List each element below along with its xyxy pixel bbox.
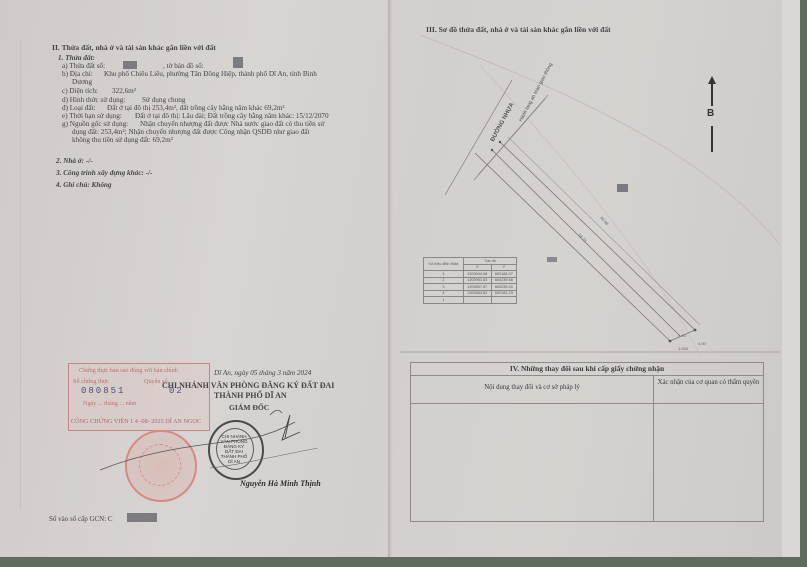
parcel-number-label: a) Thửa đất số: (62, 62, 105, 70)
cell (491, 297, 516, 304)
registry-number-label: Số vào sổ cấp GCN: C (49, 515, 113, 523)
parcel-plan: 60.88 54.73 5.15 4.00 1:500 (400, 25, 780, 355)
address-value-cont: Dương (72, 78, 92, 86)
stamp-number-value: 080851 (81, 386, 125, 396)
stamp-line3: Ngày ... tháng ... năm (83, 400, 136, 407)
dimension-label: 5.15 (678, 333, 687, 338)
coord-header-point: Số hiệu đỉnh thửa (424, 258, 464, 271)
signature (90, 410, 320, 490)
issuer-line2: THÀNH PHỐ DĨ AN (214, 392, 287, 400)
area-value: 322,6m² (112, 87, 136, 95)
cell: 1 (424, 297, 464, 304)
land-heading: 1. Thửa đất: (58, 54, 95, 62)
map-sheet-label: , tờ bản đồ số: (163, 62, 204, 70)
origin-value-cont2: không thu tiền sử dụng đất: 69,2m² (72, 136, 173, 144)
col-header-confirmation: Xác nhận của cơ quan có thẩm quyền (654, 378, 763, 387)
table-row: 1 (424, 297, 517, 304)
col-header-changes: Nội dung thay đổi và cơ sở pháp lý (411, 384, 653, 391)
issuer-line1: CHI NHÁNH VĂN PHÒNG ĐĂNG KÝ ĐẤT ĐAI (162, 382, 334, 390)
section-ii-title: II. Thửa đất, nhà ở và tài sản khác gắn … (52, 44, 216, 52)
land-type-value: Đất ở tại đô thị 253,4m², đất trồng cây … (107, 104, 285, 112)
signer-name: Nguyễn Hà Minh Thịnh (240, 479, 321, 488)
north-arrow: B (707, 78, 717, 158)
other-works-info: 3. Công trình xây dựng khác: -/- (56, 169, 152, 177)
address-label: b) Địa chỉ: (62, 70, 93, 78)
notes-info: 4. Ghi chú: Không (56, 181, 112, 189)
stamp-line1: Chứng thực bản sao đúng với bản chính (79, 367, 178, 374)
redacted-label (547, 257, 557, 262)
stamp-number-label: Số chứng thực (73, 378, 109, 385)
redacted-registry-number (127, 513, 157, 522)
north-label: B (707, 108, 714, 119)
scale-label: 1:500 (678, 346, 689, 351)
origin-value-cont: dụng đất: 253,4m²; Nhận chuyển nhượng đấ… (72, 128, 309, 136)
usage-form-label: d) Hình thức sử dụng: (62, 96, 125, 104)
redacted-map-sheet (233, 57, 243, 68)
area-label: c) Diện tích: (62, 87, 98, 95)
dimension-label: 54.73 (577, 232, 588, 243)
certificate-sheet: II. Thửa đất, nhà ở và tài sản khác gắn … (0, 0, 800, 557)
margin-line (20, 40, 21, 510)
term-label: e) Thời hạn sử dụng: (62, 112, 122, 120)
land-type-label: đ) Loại đất: (62, 104, 96, 112)
redacted-parcel-number (123, 61, 137, 69)
usage-form-value: Sử dụng chung (142, 96, 185, 104)
house-info: 2. Nhà ở: -/- (56, 157, 93, 165)
redacted-label (617, 184, 628, 192)
dimension-label: 4.00 (698, 341, 707, 346)
coordinate-table: Số hiệu đỉnh thửa Tọa độ X Y 1 1200944.0… (423, 257, 517, 304)
address-value: Khu phố Chiêu Liêu, phường Tân Đông Hiệp… (104, 70, 317, 78)
term-value: Đất ở tại đô thị: Lâu dài; Đất trồng cây… (135, 112, 329, 120)
sheet-edge (782, 0, 800, 557)
changes-table-header: Nội dung thay đổi và cơ sở pháp lý Xác n… (411, 375, 763, 404)
cell (463, 297, 491, 304)
column-divider (653, 375, 654, 521)
issue-date: Dĩ An, ngày 05 tháng 3 năm 2024 (214, 369, 311, 377)
origin-value: Nhận chuyển nhượng đất được Nhà nước gia… (140, 120, 324, 128)
changes-table: IV. Những thay đổi sau khi cấp giấy chứn… (410, 362, 764, 522)
page-fold (388, 0, 390, 557)
origin-label: g) Nguồn gốc sử dụng: (62, 120, 128, 128)
